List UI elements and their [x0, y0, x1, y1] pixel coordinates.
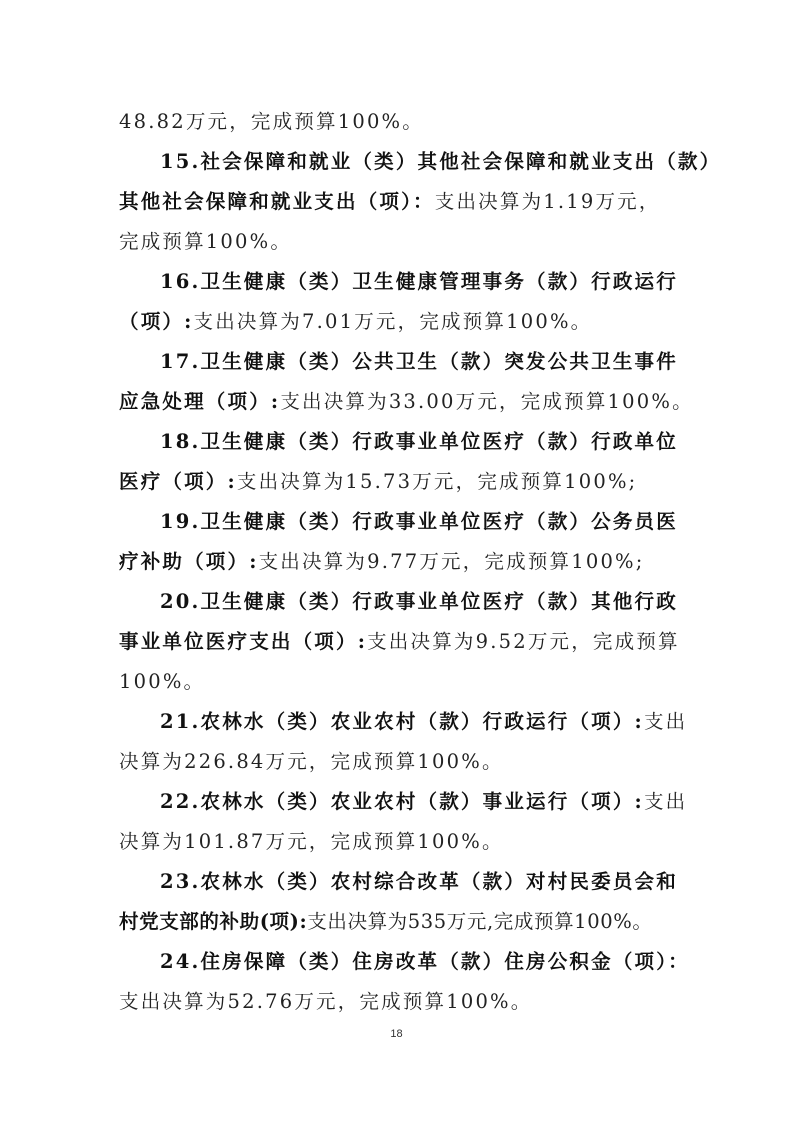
item-18-heading: 18.卫生健康（类）行政事业单位医疗（款）行政单位: [160, 430, 720, 454]
text-line: 事业单位医疗支出（项）:支出决算为9.52万元，完成预算: [119, 630, 679, 654]
text-line: 决算为226.84万元，完成预算100%。: [119, 750, 679, 774]
text-line: 支出决算为52.76万元，完成预算100%。: [119, 990, 679, 1014]
text-line: 其他社会保障和就业支出（项）：支出决算为1.19万元，: [119, 190, 679, 214]
item-19-heading: 19.卫生健康（类）行政事业单位医疗（款）公务员医: [160, 510, 720, 534]
text-line: 100%。: [119, 670, 679, 694]
item-17-heading: 17.卫生健康（类）公共卫生（款）突发公共卫生事件: [160, 350, 720, 374]
item-24-heading: 24.住房保障（类）住房改革（款）住房公积金（项）：: [160, 950, 720, 974]
item-22-heading: 22.农林水（类）农业农村（款）事业运行（项）:支出: [160, 790, 720, 814]
text-line: 应急处理（项）:支出决算为33.00万元，完成预算100%。: [119, 390, 679, 414]
document-page: 48.82万元，完成预算100%。 15.社会保障和就业（类）其他社会保障和就业…: [0, 0, 793, 1122]
text-line: 医疗（项）:支出决算为15.73万元，完成预算100%;: [119, 470, 679, 494]
item-15-heading: 15.社会保障和就业（类）其他社会保障和就业支出（款）: [160, 150, 720, 174]
item-16-heading: 16.卫生健康（类）卫生健康管理事务（款）行政运行: [160, 270, 720, 294]
item-21-heading: 21.农林水（类）农业农村（款）行政运行（项）:支出: [160, 710, 720, 734]
text-line: 完成预算100%。: [119, 230, 679, 254]
item-20-heading: 20.卫生健康（类）行政事业单位医疗（款）其他行政: [160, 590, 720, 614]
text-line: 48.82万元，完成预算100%。: [119, 110, 679, 134]
text-line: 村党支部的补助(项):支出决算为535万元,完成预算100%。: [119, 910, 679, 934]
text-line: 疗补助（项）:支出决算为9.77万元，完成预算100%;: [119, 550, 679, 574]
item-23-heading: 23.农林水（类）农村综合改革（款）对村民委员会和: [160, 870, 720, 894]
text-line: （项）:支出决算为7.01万元，完成预算100%。: [119, 310, 679, 334]
page-number: 18: [0, 1028, 793, 1040]
text-line: 决算为101.87万元，完成预算100%。: [119, 830, 679, 854]
